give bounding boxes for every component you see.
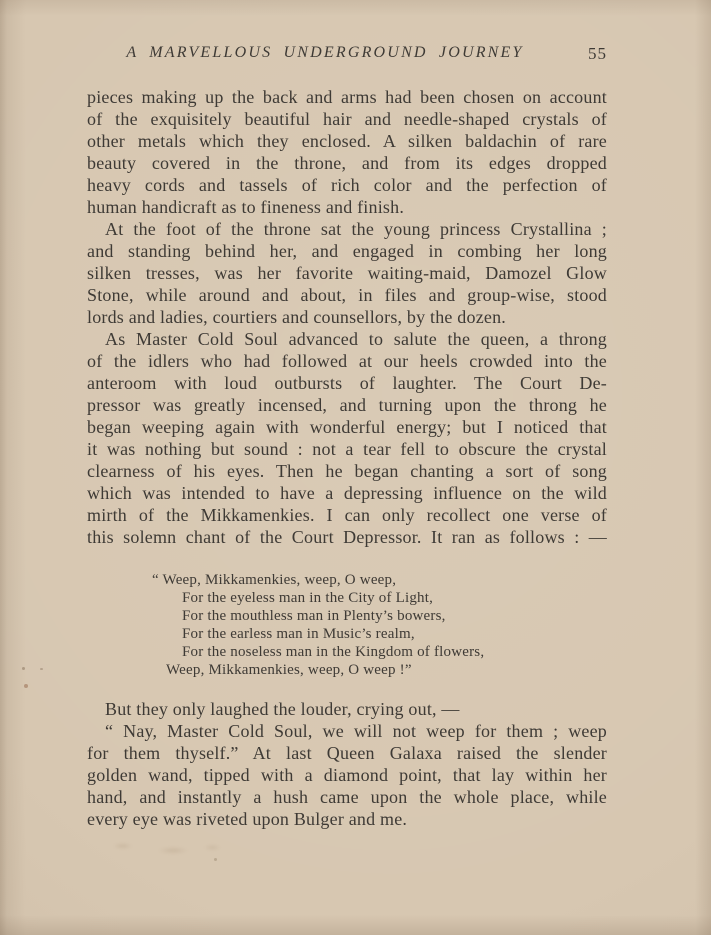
text-line: golden wand, tipped with a diamond point… <box>87 764 607 786</box>
paragraph: As Master Cold Soul advanced to salute t… <box>87 328 607 548</box>
text-line: other metals which they enclosed. A silk… <box>87 130 607 152</box>
text-line: clearness of his eyes. Then he began cha… <box>87 460 607 482</box>
scanned-book-page: A MARVELLOUS UNDERGROUND JOURNEY 55 piec… <box>0 0 711 935</box>
text-line: it was nothing but sound : not a tear fe… <box>87 438 607 460</box>
paragraph: pieces making up the back and arms had b… <box>87 86 607 218</box>
text-line: heavy cords and tassels of rich color an… <box>87 174 607 196</box>
text-line: every eye was riveted upon Bulger and me… <box>87 808 607 830</box>
verse-line: For the earless man in Music’s realm, <box>182 625 607 643</box>
text-line: began weeping again with wonderful energ… <box>87 416 607 438</box>
verse-line: For the eyeless man in the City of Light… <box>182 589 607 607</box>
page-header: A MARVELLOUS UNDERGROUND JOURNEY 55 <box>87 44 607 66</box>
text-line: which was intended to have a depressing … <box>87 482 607 504</box>
running-title: A MARVELLOUS UNDERGROUND JOURNEY <box>87 44 607 62</box>
paragraph: At the foot of the throne sat the young … <box>87 218 607 328</box>
text-line: pieces making up the back and arms had b… <box>87 86 607 108</box>
text-line: But they only laughed the louder, crying… <box>87 698 607 720</box>
text-line: pressor was greatly incensed, and turnin… <box>87 394 607 416</box>
scan-speck <box>40 668 43 670</box>
text-line: for them thyself.” At last Queen Galaxa … <box>87 742 607 764</box>
verse-line: “ Weep, Mikkamenkies, weep, O weep, <box>152 571 607 589</box>
text-line: “ Nay, Master Cold Soul, we will not wee… <box>87 720 607 742</box>
verse-line: For the noseless man in the Kingdom of f… <box>182 643 607 661</box>
verse-line: For the mouthless man in Plenty’s bowers… <box>182 607 607 625</box>
text-line: and standing behind her, and engaged in … <box>87 240 607 262</box>
text-line: Stone, while around and about, in files … <box>87 284 607 306</box>
text-line: hand, and instantly a hush came upon the… <box>87 786 607 808</box>
text-line: At the foot of the throne sat the young … <box>87 218 607 240</box>
text-column: pieces making up the back and arms had b… <box>87 86 607 830</box>
scan-speck <box>22 667 25 670</box>
scan-speck <box>24 684 28 688</box>
text-line: mirth of the Mikkamenkies. I can only re… <box>87 504 607 526</box>
text-line: human handicraft as to fineness and fini… <box>87 196 607 218</box>
text-line: of the idlers who had followed at our he… <box>87 350 607 372</box>
text-line: As Master Cold Soul advanced to salute t… <box>87 328 607 350</box>
paragraph: But they only laughed the louder, crying… <box>87 698 607 720</box>
scan-speck <box>214 858 217 861</box>
text-line: beauty covered in the throne, and from i… <box>87 152 607 174</box>
page-number: 55 <box>588 44 607 64</box>
verse-block: “ Weep, Mikkamenkies, weep, O weep,For t… <box>87 571 607 679</box>
paragraph: “ Nay, Master Cold Soul, we will not wee… <box>87 720 607 830</box>
text-line: anteroom with loud outbursts of laughter… <box>87 372 607 394</box>
show-through-artifact <box>92 834 232 864</box>
text-line: lords and ladies, courtiers and counsell… <box>87 306 607 328</box>
text-line: silken tresses, was her favorite waiting… <box>87 262 607 284</box>
text-line: this solemn chant of the Court Depressor… <box>87 526 607 548</box>
text-line: of the exquisitely beautiful hair and ne… <box>87 108 607 130</box>
verse-line: Weep, Mikkamenkies, weep, O weep !” <box>166 661 607 679</box>
